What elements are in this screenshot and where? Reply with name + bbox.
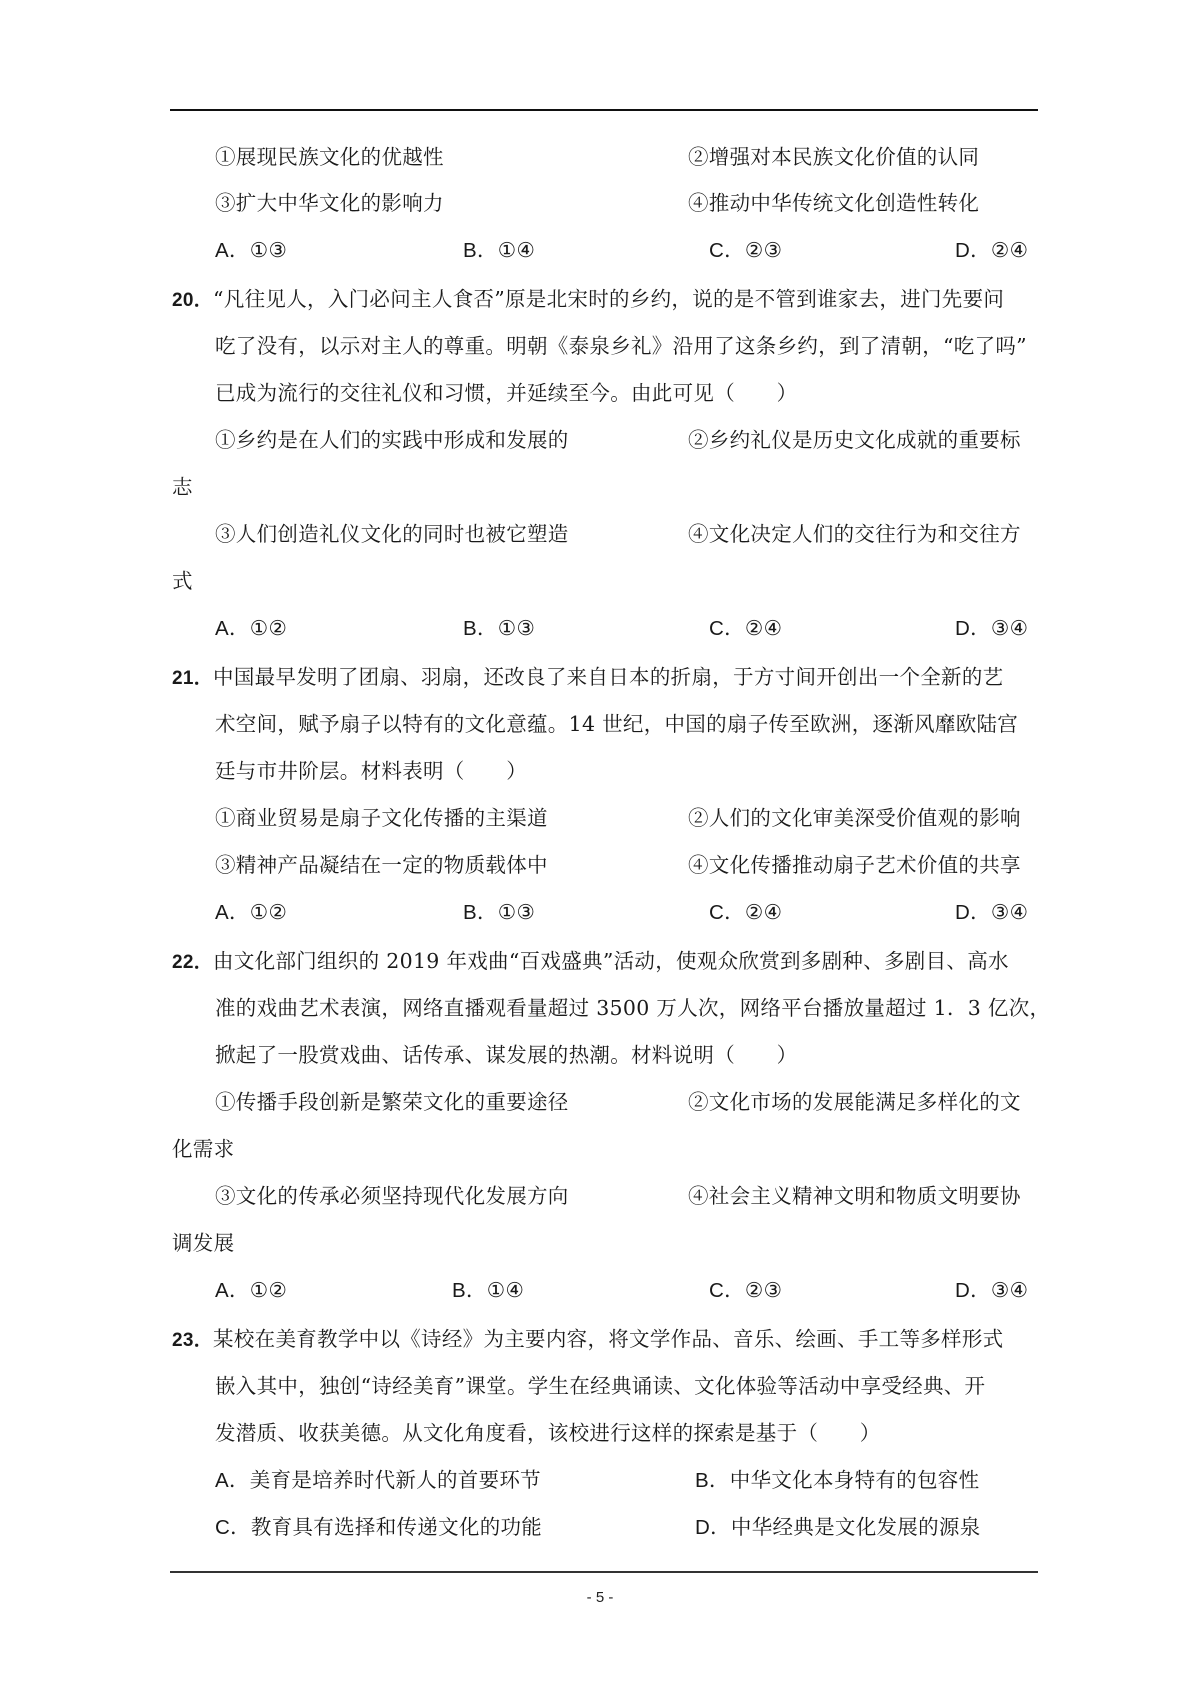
- option-letter: C．: [709, 1279, 745, 1302]
- option-letter: C．: [215, 1516, 251, 1539]
- option-letter: D．: [955, 901, 991, 924]
- option-b[interactable]: B．中华文化本身特有的包容性: [695, 1466, 979, 1495]
- question-stem-line: 21．中国最早发明了团扇、羽扇，还改良了来自日本的折扇，于方寸间开创出一个全新的…: [172, 663, 1003, 693]
- option-b[interactable]: B．①④: [452, 1276, 524, 1305]
- option-d[interactable]: D．③④: [955, 898, 1028, 927]
- statement-2: ②增强对本民族文化价值的认同: [688, 143, 979, 171]
- option-letter: D．: [695, 1516, 731, 1539]
- option-letter: B．: [695, 1469, 730, 1492]
- statement-1: ①展现民族文化的优越性: [215, 143, 444, 171]
- option-a[interactable]: A．①②: [215, 1276, 287, 1305]
- option-d[interactable]: D．②④: [955, 236, 1028, 265]
- option-a[interactable]: A．美育是培养时代新人的首要环节: [215, 1466, 541, 1495]
- question-stem-line: 20．“凡往见人，入门必问主人食否”原是北宋时的乡约，说的是不管到谁家去，进门先…: [172, 285, 1004, 315]
- option-c[interactable]: C．②④: [709, 614, 782, 643]
- option-c[interactable]: C．②③: [709, 236, 782, 265]
- statement-4-wrap: 调发展: [172, 1229, 234, 1257]
- option-letter: A．: [215, 617, 250, 640]
- question-stem-line: 廷与市井阶层。材料表明（ ）: [215, 757, 527, 785]
- option-text: ①④: [487, 1278, 524, 1302]
- statement-2: ②文化市场的发展能满足多样化的文: [688, 1088, 1021, 1116]
- option-letter: B．: [463, 239, 498, 262]
- statement-4: ④推动中华传统文化创造性转化: [688, 189, 979, 217]
- option-d[interactable]: D．③④: [955, 1276, 1028, 1305]
- statement-2-wrap: 化需求: [172, 1135, 234, 1163]
- statement-3: ③文化的传承必须坚持现代化发展方向: [215, 1182, 569, 1210]
- statement-3: ③人们创造礼仪文化的同时也被它塑造: [215, 520, 569, 548]
- statement-1: ①乡约是在人们的实践中形成和发展的: [215, 426, 569, 454]
- option-text: 中华文化本身特有的包容性: [730, 1468, 980, 1492]
- statement-2: ②人们的文化审美深受价值观的影响: [688, 804, 1021, 832]
- statement-1: ①商业贸易是扇子文化传播的主渠道: [215, 804, 548, 832]
- option-d[interactable]: D．中华经典是文化发展的源泉: [695, 1513, 981, 1542]
- option-text: ②④: [991, 238, 1028, 262]
- option-text: ③④: [991, 1278, 1028, 1302]
- option-letter: B．: [463, 901, 498, 924]
- option-b[interactable]: B．①④: [463, 236, 535, 265]
- option-text: ②④: [745, 900, 782, 924]
- option-letter: A．: [215, 901, 250, 924]
- question-stem-line: 发潜质、收获美德。从文化角度看，该校进行这样的探索是基于（ ）: [215, 1419, 881, 1447]
- page-number: - 5 -: [0, 1589, 1200, 1606]
- option-b[interactable]: B．①③: [463, 898, 535, 927]
- statement-2: ②乡约礼仪是历史文化成就的重要标: [688, 426, 1021, 454]
- option-letter: C．: [709, 617, 745, 640]
- question-stem-line: 术空间，赋予扇子以特有的文化意蕴。14 世纪，中国的扇子传至欧洲，逐渐风靡欧陆宫: [215, 710, 1018, 738]
- question-stem-line: 吃了没有，以示对主人的尊重。明朝《泰泉乡礼》沿用了这条乡约，到了清朝，“吃了吗”: [215, 332, 1027, 360]
- question-stem-line: 掀起了一股赏戏曲、话传承、谋发展的热潮。材料说明（ ）: [215, 1041, 797, 1069]
- option-letter: A．: [215, 1469, 250, 1492]
- option-text: ①②: [250, 900, 287, 924]
- option-letter: A．: [215, 1279, 250, 1302]
- statement-4-wrap: 式: [172, 567, 193, 595]
- option-c[interactable]: C．②③: [709, 1276, 782, 1305]
- question-stem-line: 23．某校在美育教学中以《诗经》为主要内容，将文学作品、音乐、绘画、手工等多样形…: [172, 1325, 1003, 1355]
- question-stem-line: 22．由文化部门组织的 2019 年戏曲“百戏盛典”活动，使观众欣赏到多剧种、多…: [172, 947, 1009, 977]
- option-text: ①③: [498, 900, 535, 924]
- option-a[interactable]: A．①③: [215, 236, 287, 265]
- option-text: ②④: [745, 616, 782, 640]
- header-rule: [170, 109, 1038, 111]
- option-letter: A．: [215, 239, 250, 262]
- option-text: ①②: [250, 616, 287, 640]
- statement-4: ④文化传播推动扇子艺术价值的共享: [688, 851, 1021, 879]
- option-text: ③④: [991, 616, 1028, 640]
- stem-text: 中国最早发明了团扇、羽扇，还改良了来自日本的折扇，于方寸间开创出一个全新的艺: [213, 665, 1003, 689]
- question-stem-line: 嵌入其中，独创“诗经美育”课堂。学生在经典诵读、文化体验等活动中享受经典、开: [215, 1372, 985, 1400]
- option-text: 美育是培养时代新人的首要环节: [250, 1468, 541, 1492]
- option-letter: B．: [463, 617, 498, 640]
- option-a[interactable]: A．①②: [215, 614, 287, 643]
- option-letter: D．: [955, 239, 991, 262]
- option-letter: B．: [452, 1279, 487, 1302]
- question-number: 23．: [172, 1330, 213, 1351]
- option-text: ②③: [745, 1278, 782, 1302]
- option-text: 教育具有选择和传递文化的功能: [251, 1515, 542, 1539]
- option-a[interactable]: A．①②: [215, 898, 287, 927]
- option-letter: D．: [955, 1279, 991, 1302]
- statement-1: ①传播手段创新是繁荣文化的重要途径: [215, 1088, 569, 1116]
- option-text: ①③: [250, 238, 287, 262]
- question-number: 21．: [172, 668, 213, 689]
- footer-rule: [170, 1571, 1038, 1573]
- statement-2-wrap: 志: [172, 473, 193, 501]
- stem-text: 某校在美育教学中以《诗经》为主要内容，将文学作品、音乐、绘画、手工等多样形式: [213, 1327, 1003, 1351]
- option-text: 中华经典是文化发展的源泉: [731, 1515, 981, 1539]
- option-letter: C．: [709, 239, 745, 262]
- option-d[interactable]: D．③④: [955, 614, 1028, 643]
- statement-4: ④社会主义精神文明和物质文明要协: [688, 1182, 1021, 1210]
- stem-text: 由文化部门组织的 2019 年戏曲“百戏盛典”活动，使观众欣赏到多剧种、多剧目、…: [213, 949, 1009, 973]
- question-stem-line: 已成为流行的交往礼仪和习惯，并延续至今。由此可见（ ）: [215, 379, 797, 407]
- option-letter: D．: [955, 617, 991, 640]
- option-text: ②③: [745, 238, 782, 262]
- question-stem-line: 准的戏曲艺术表演，网络直播观看量超过 3500 万人次，网络平台播放量超过 1．…: [215, 994, 1050, 1022]
- option-text: ③④: [991, 900, 1028, 924]
- statement-3: ③精神产品凝结在一定的物质载体中: [215, 851, 548, 879]
- option-b[interactable]: B．①③: [463, 614, 535, 643]
- option-c[interactable]: C．②④: [709, 898, 782, 927]
- question-number: 22．: [172, 952, 213, 973]
- option-text: ①②: [250, 1278, 287, 1302]
- option-letter: C．: [709, 901, 745, 924]
- option-text: ①④: [498, 238, 535, 262]
- statement-3: ③扩大中华文化的影响力: [215, 189, 444, 217]
- option-c[interactable]: C．教育具有选择和传递文化的功能: [215, 1513, 542, 1542]
- stem-text: “凡往见人，入门必问主人食否”原是北宋时的乡约，说的是不管到谁家去，进门先要问: [213, 287, 1004, 311]
- option-text: ①③: [498, 616, 535, 640]
- question-number: 20．: [172, 290, 213, 311]
- statement-4: ④文化决定人们的交往行为和交往方: [688, 520, 1021, 548]
